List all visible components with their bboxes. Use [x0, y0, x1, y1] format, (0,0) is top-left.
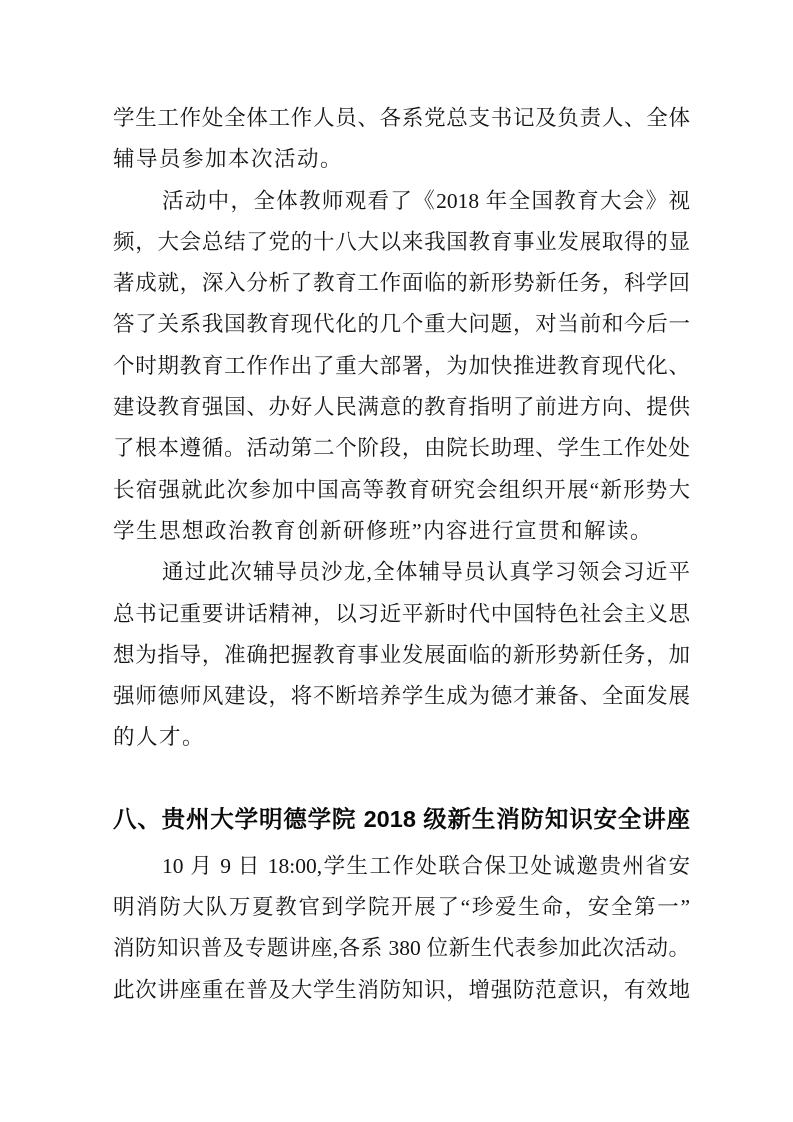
document-body: 学生工作处全体工作人员、各系党总支书记及负责人、全体辅导员参加本次活动。活动中，… — [113, 98, 690, 1011]
document-page: 学生工作处全体工作人员、各系党总支书记及负责人、全体辅导员参加本次活动。活动中，… — [0, 0, 793, 1122]
text-line: 10 月 9 日 18:00,学生工作处联合保卫处诚邀贵州省安 — [113, 846, 690, 887]
text-line: 的人才。 — [113, 717, 690, 758]
text-line: 著成就，深入分析了教育工作面临的新形势新任务，科学回 — [113, 263, 690, 304]
section-heading: 八、贵州大学明德学院 2018 级新生消防知识安全讲座 — [113, 797, 690, 841]
text-line: 学生工作处全体工作人员、各系党总支书记及负责人、全体 — [113, 98, 690, 139]
text-line: 此次讲座重在普及大学生消防知识，增强防范意识，有效地 — [113, 970, 690, 1011]
text-line: 频，大会总结了党的十八大以来我国教育事业发展取得的显 — [113, 222, 690, 263]
text-line: 答了关系我国教育现代化的几个重大问题，对当前和今后一 — [113, 304, 690, 345]
text-line: 明消防大队万夏教官到学院开展了“珍爱生命，安全第一” — [113, 887, 690, 928]
text-line: 强师德师风建设，将不断培养学生成为德才兼备、全面发展 — [113, 676, 690, 717]
text-line: 通过此次辅导员沙龙,全体辅导员认真学习领会习近平 — [113, 552, 690, 593]
text-line: 了根本遵循。活动第二个阶段，由院长助理、学生工作处处 — [113, 428, 690, 469]
text-line: 消防知识普及专题讲座,各系 380 位新生代表参加此次活动。 — [113, 928, 690, 969]
text-line: 想为指导，准确把握教育事业发展面临的新形势新任务，加 — [113, 635, 690, 676]
text-line: 辅导员参加本次活动。 — [113, 139, 690, 180]
text-line: 个时期教育工作作出了重大部署，为加快推进教育现代化、 — [113, 346, 690, 387]
text-line: 活动中，全体教师观看了《2018 年全国教育大会》视 — [113, 181, 690, 222]
text-line: 建设教育强国、办好人民满意的教育指明了前进方向、提供 — [113, 387, 690, 428]
text-line: 总书记重要讲话精神，以习近平新时代中国特色社会主义思 — [113, 594, 690, 635]
text-line: 长宿强就此次参加中国高等教育研究会组织开展“新形势大 — [113, 470, 690, 511]
text-line: 学生思想政治教育创新研修班”内容进行宣贯和解读。 — [113, 511, 690, 552]
